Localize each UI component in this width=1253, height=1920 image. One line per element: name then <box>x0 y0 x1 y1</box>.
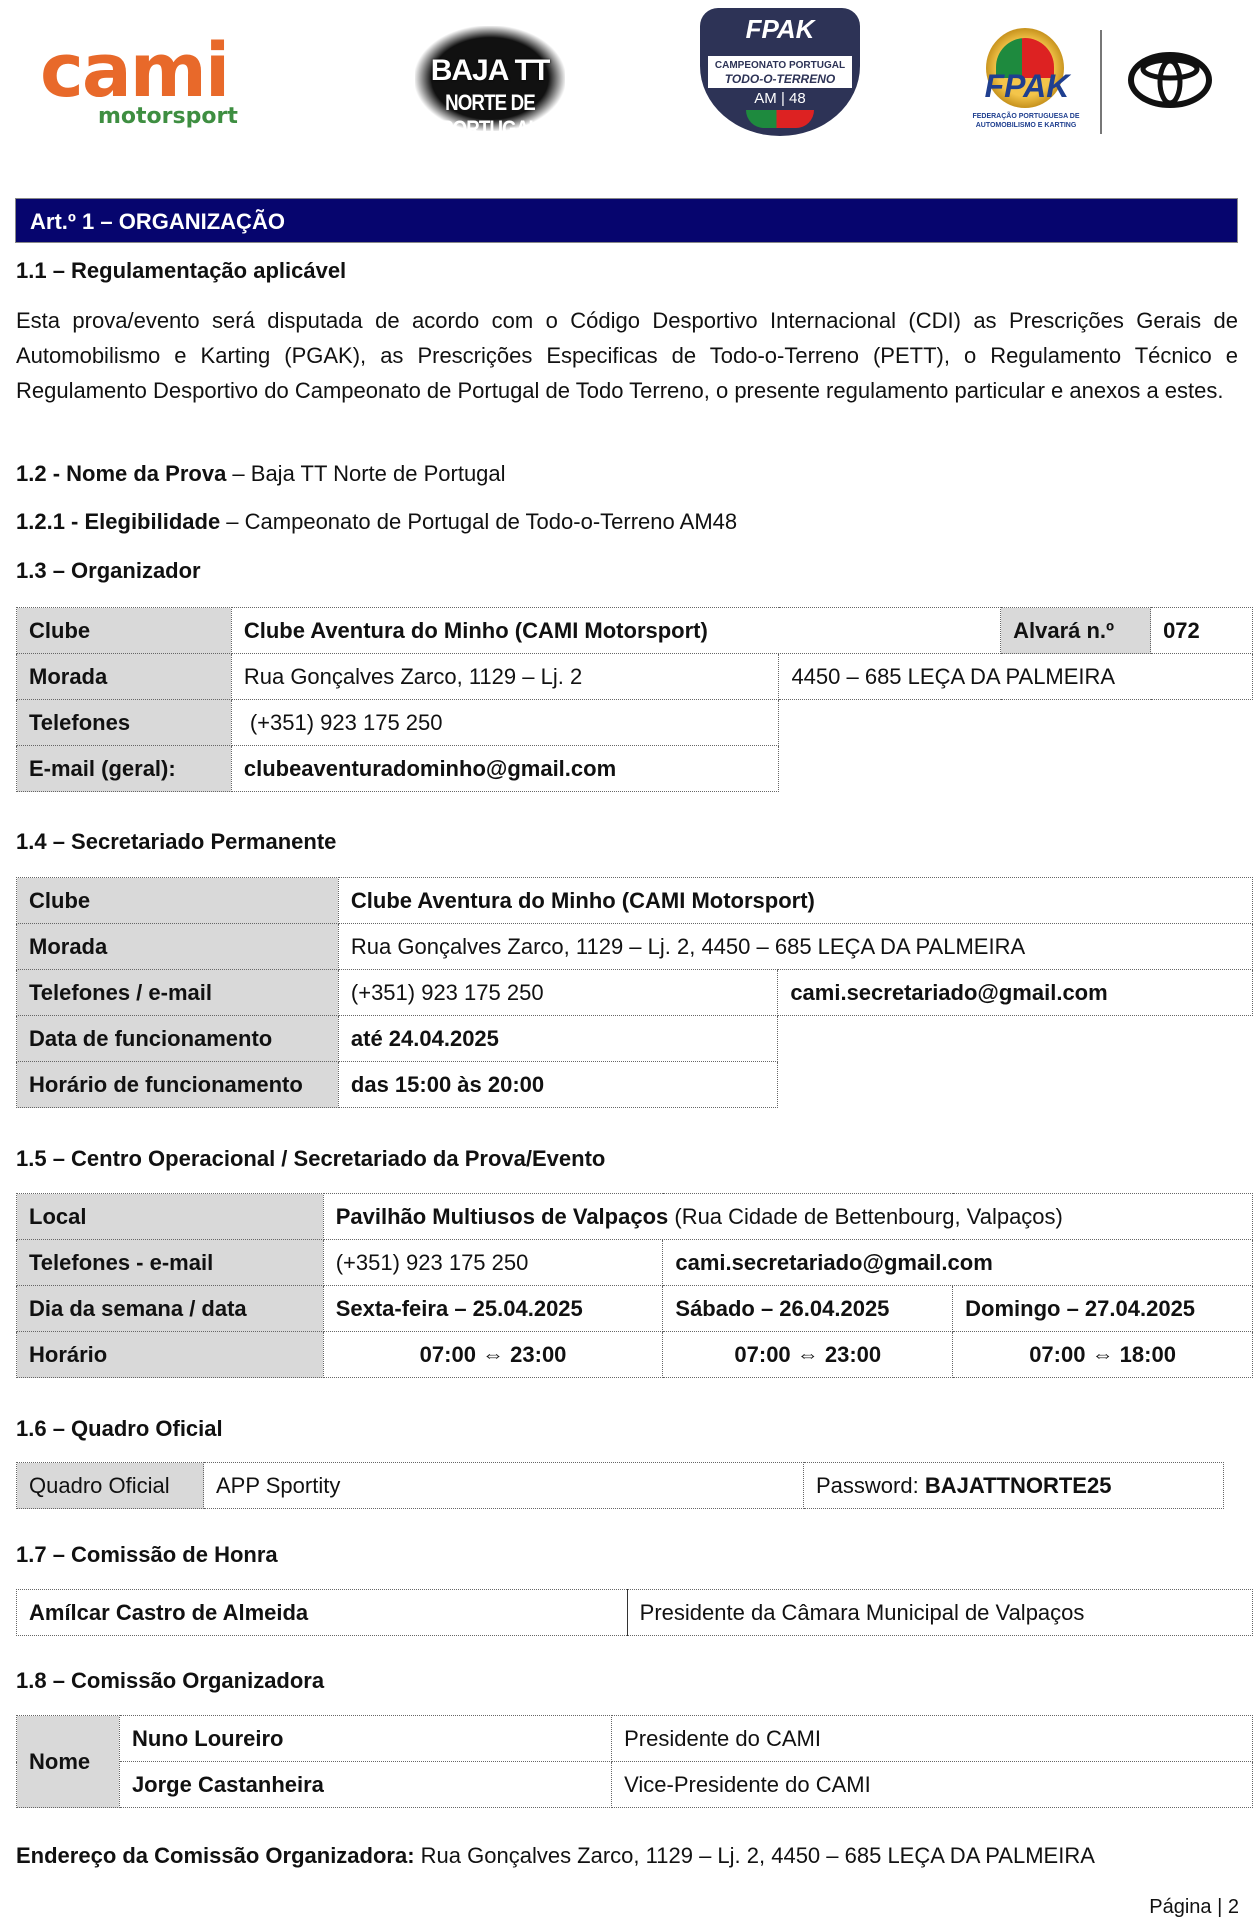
section-1-1-title: 1.1 – Regulamentação aplicável <box>16 258 346 284</box>
secretariat-table: Clube Clube Aventura do Minho (CAMI Moto… <box>16 877 1253 1108</box>
morada-value: Rua Gonçalves Zarco, 1129 – Lj. 2 <box>231 654 779 700</box>
shield-line1: CAMPEONATO PORTUGAL <box>700 60 860 71</box>
horario-value: das 15:00 às 20:00 <box>338 1062 777 1108</box>
section-1-2-1: 1.2.1 - Elegibilidade – Campeonato de Po… <box>16 509 737 535</box>
local-value: Pavilhão Multiusos de Valpaços (Rua Cida… <box>323 1194 1252 1240</box>
section-1-8-title: 1.8 – Comissão Organizadora <box>16 1668 324 1694</box>
cami-logo-word: cami <box>40 34 250 108</box>
portugal-flag-icon <box>746 110 814 128</box>
member-role: Vice-Presidente do CAMI <box>612 1762 1253 1808</box>
table-row: Telefones - e-mail (+351) 923 175 250 ca… <box>17 1240 1253 1286</box>
clube-value: Clube Aventura do Minho (CAMI Motorsport… <box>231 608 1000 654</box>
morada-city: 4450 – 685 LEÇA DA PALMEIRA <box>779 654 1253 700</box>
fpak-federation-logo: FPAK FEDERAÇÃO PORTUGUESA DE AUTOMOBILIS… <box>972 28 1082 138</box>
section-1-2: 1.2 - Nome da Prova – Baja TT Norte de P… <box>16 461 506 487</box>
organizing-committee-table: Nome Nuno Loureiro Presidente do CAMI Jo… <box>16 1715 1253 1808</box>
member-role: Presidente do CAMI <box>612 1716 1253 1762</box>
email-value: cami.secretariado@gmail.com <box>778 970 1253 1016</box>
morada-label: Morada <box>17 924 339 970</box>
logo-divider <box>1100 30 1102 134</box>
committee-address-value: Rua Gonçalves Zarco, 1129 – Lj. 2, 4450 … <box>415 1843 1095 1868</box>
hours-sunday: 07:00 ⇔ 18:00 <box>953 1332 1253 1378</box>
clube-value: Clube Aventura do Minho (CAMI Motorsport… <box>338 878 1252 924</box>
table-row: Quadro Oficial APP Sportity Password: BA… <box>17 1463 1224 1509</box>
shield-brand: FPAK <box>700 14 860 45</box>
day-sunday: Domingo – 27.04.2025 <box>953 1286 1253 1332</box>
section-1-2-value: – Baja TT Norte de Portugal <box>226 461 505 486</box>
password-value: BAJATTNORTE25 <box>925 1473 1112 1498</box>
empty-cell <box>778 1016 1253 1062</box>
email-value: clubeaventuradominho@gmail.com <box>231 746 779 792</box>
section-1-7-title: 1.7 – Comissão de Honra <box>16 1542 278 1568</box>
table-row: Horário 07:00 ⇔ 23:00 07:00 ⇔ 23:00 07:0… <box>17 1332 1253 1378</box>
section-1-4-title: 1.4 – Secretariado Permanente <box>16 829 336 855</box>
local-label: Local <box>17 1194 324 1240</box>
table-row: E-mail (geral): clubeaventuradominho@gma… <box>17 746 1253 792</box>
toyota-emblem-icon <box>1128 52 1212 108</box>
cami-motorsport-logo: cami motorsport <box>40 34 250 144</box>
section-1-1-body: Esta prova/evento será disputada de acor… <box>16 303 1238 408</box>
table-row: Horário de funcionamento das 15:00 às 20… <box>17 1062 1253 1108</box>
organizer-table: Clube Clube Aventura do Minho (CAMI Moto… <box>16 607 1253 792</box>
clube-label: Clube <box>17 878 339 924</box>
section-1-2-1-label: 1.2.1 - Elegibilidade <box>16 509 220 534</box>
email-value: cami.secretariado@gmail.com <box>663 1240 1253 1286</box>
day-friday: Sexta-feira – 25.04.2025 <box>323 1286 663 1332</box>
table-row: Morada Rua Gonçalves Zarco, 1129 – Lj. 2… <box>17 654 1253 700</box>
empty-cell <box>778 1062 1253 1108</box>
local-address: (Rua Cidade de Bettenbourg, Valpaços) <box>668 1204 1063 1229</box>
page-number: Página | 2 <box>1149 1896 1239 1919</box>
alvara-label: Alvará n.º <box>1001 608 1151 654</box>
nome-label: Nome <box>17 1716 120 1808</box>
table-row: Telefones (+351) 923 175 250 <box>17 700 1253 746</box>
honor-member-name: Amílcar Castro de Almeida <box>17 1590 628 1636</box>
data-label: Data de funcionamento <box>17 1016 339 1062</box>
section-1-5-title: 1.5 – Centro Operacional / Secretariado … <box>16 1146 605 1172</box>
official-board-table: Quadro Oficial APP Sportity Password: BA… <box>16 1462 1224 1509</box>
morada-value: Rua Gonçalves Zarco, 1129 – Lj. 2, 4450 … <box>338 924 1252 970</box>
table-row: Telefones / e-mail (+351) 923 175 250 ca… <box>17 970 1253 1016</box>
dia-label: Dia da semana / data <box>17 1286 324 1332</box>
table-row: Clube Clube Aventura do Minho (CAMI Moto… <box>17 608 1253 654</box>
alvara-value: 072 <box>1151 608 1253 654</box>
honor-committee-table: Amílcar Castro de Almeida Presidente da … <box>16 1589 1253 1636</box>
data-value: até 24.04.2025 <box>338 1016 777 1062</box>
fpak-tt-championship-logo: FPAK CAMPEONATO PORTUGAL TODO-O-TERRENO … <box>700 8 860 136</box>
member-name: Nuno Loureiro <box>119 1716 611 1762</box>
email-label: E-mail (geral): <box>17 746 232 792</box>
section-1-2-label: 1.2 - Nome da Prova <box>16 461 226 486</box>
telefones-label: Telefones <box>17 700 232 746</box>
telefones-value: (+351) 923 175 250 <box>231 700 779 746</box>
telefones-value: (+351) 923 175 250 <box>323 1240 663 1286</box>
empty-cell <box>779 746 1253 792</box>
fpak-brand: FPAK <box>972 68 1082 105</box>
section-1-3-title: 1.3 – Organizador <box>16 558 201 584</box>
morada-label: Morada <box>17 654 232 700</box>
quadro-oficial-value: APP Sportity <box>204 1463 804 1509</box>
table-row: Local Pavilhão Multiusos de Valpaços (Ru… <box>17 1194 1253 1240</box>
honor-member-role: Presidente da Câmara Municipal de Valpaç… <box>627 1590 1252 1636</box>
shield-line2: TODO-O-TERRENO <box>700 72 860 86</box>
hours-saturday: 07:00 ⇔ 23:00 <box>663 1332 953 1378</box>
password-cell: Password: BAJATTNORTE25 <box>804 1463 1224 1509</box>
member-name: Jorge Castanheira <box>119 1762 611 1808</box>
table-row: Morada Rua Gonçalves Zarco, 1129 – Lj. 2… <box>17 924 1253 970</box>
horario-label: Horário <box>17 1332 324 1378</box>
section-1-6-title: 1.6 – Quadro Oficial <box>16 1416 223 1442</box>
telefones-email-label: Telefones / e-mail <box>17 970 339 1016</box>
local-venue: Pavilhão Multiusos de Valpaços <box>336 1204 669 1229</box>
baja-logo-line1: BAJA TT <box>395 54 585 88</box>
quadro-oficial-label: Quadro Oficial <box>17 1463 204 1509</box>
horario-label: Horário de funcionamento <box>17 1062 339 1108</box>
hours-friday: 07:00 ⇔ 23:00 <box>323 1332 663 1378</box>
article-header: Art.º 1 – ORGANIZAÇÃO <box>15 198 1238 243</box>
section-1-2-1-value: – Campeonato de Portugal de Todo-o-Terre… <box>220 509 737 534</box>
table-row: Clube Clube Aventura do Minho (CAMI Moto… <box>17 878 1253 924</box>
table-row: Amílcar Castro de Almeida Presidente da … <box>17 1590 1253 1636</box>
committee-address-label: Endereço da Comissão Organizadora: <box>16 1843 415 1868</box>
empty-cell <box>779 700 1253 746</box>
table-row: Data de funcionamento até 24.04.2025 <box>17 1016 1253 1062</box>
telefones-email-label: Telefones - e-mail <box>17 1240 324 1286</box>
password-label: Password: <box>816 1473 925 1498</box>
table-row: Jorge Castanheira Vice-Presidente do CAM… <box>17 1762 1253 1808</box>
telefones-value: (+351) 923 175 250 <box>338 970 777 1016</box>
committee-address: Endereço da Comissão Organizadora: Rua G… <box>16 1843 1095 1869</box>
cami-logo-sub: motorsport <box>98 104 250 129</box>
shield-badge: AM | 48 <box>700 90 860 107</box>
table-row: Nome Nuno Loureiro Presidente do CAMI <box>17 1716 1253 1762</box>
fpak-caption: FEDERAÇÃO PORTUGUESA DE AUTOMOBILISMO E … <box>966 112 1086 130</box>
baja-tt-logo: BAJA TT NORTE DE PORTUGAL <box>395 14 585 144</box>
baja-logo-line2: NORTE DE PORTUGAL <box>409 90 571 142</box>
table-row: Dia da semana / data Sexta-feira – 25.04… <box>17 1286 1253 1332</box>
operations-center-table: Local Pavilhão Multiusos de Valpaços (Ru… <box>16 1193 1253 1378</box>
logo-strip: cami motorsport BAJA TT NORTE DE PORTUGA… <box>0 0 1253 170</box>
day-saturday: Sábado – 26.04.2025 <box>663 1286 953 1332</box>
clube-label: Clube <box>17 608 232 654</box>
